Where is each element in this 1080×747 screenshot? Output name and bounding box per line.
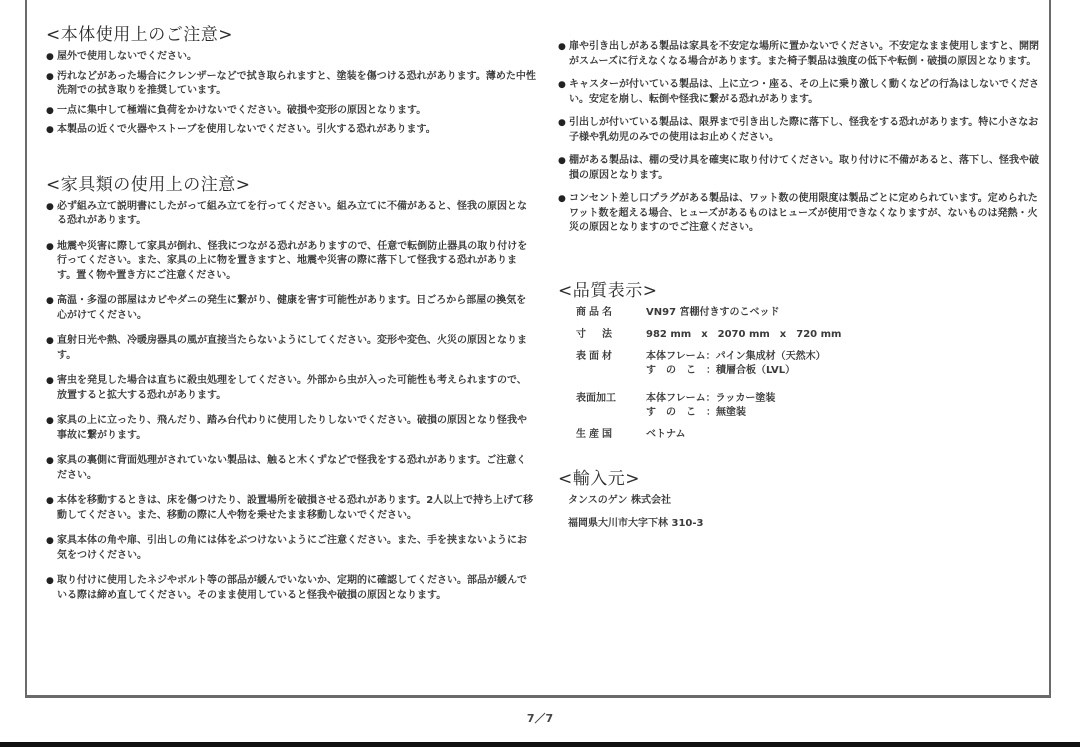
bullet-icon: ●	[46, 454, 57, 469]
spec-row-dimensions: 寸 法 982 mm x 2070 mm x 720 mm	[576, 328, 1040, 342]
bullet-icon: ●	[46, 294, 57, 309]
bullet-icon: ●	[46, 200, 57, 215]
page-number: 7／7	[0, 710, 1080, 726]
right-column: ●扉や引き出しがある製品は家具を不安定な場所に置かないでください。不安定なまま使…	[558, 40, 1040, 540]
furniture-precaution-item: ●必ず組み立て説明書にしたがって組み立てを行ってください。組み立てに不備があると…	[46, 200, 536, 229]
importer-address: 福岡県大川市大字下林 310-3	[568, 517, 1040, 531]
furniture-precaution-item: ●棚がある製品は、棚の受け具を確実に取り付けてください。取り付けに不備があると、…	[558, 154, 1040, 183]
bullet-icon: ●	[46, 50, 57, 65]
spec-row-surface-finish: 表面加工 本体フレーム：ラッカー塗装 す の こ ：無塗装	[576, 392, 1040, 420]
furniture-precaution-item: ●本体を移動するときは、床を傷つけたり、設置場所を破損させる恐れがあります。2人…	[46, 494, 536, 523]
bullet-icon: ●	[46, 414, 57, 429]
importer-title: <輸入元>	[558, 468, 1040, 490]
body-precaution-item: ●屋外で使用しないでください。	[46, 50, 536, 65]
bullet-icon: ●	[46, 494, 57, 509]
spec-row-country: 生産国 ベトナム	[576, 428, 1040, 442]
furniture-precaution-item: ●コンセント差し口プラグがある製品は、ワット数の使用限度は製品ごとに定められてい…	[558, 192, 1040, 236]
spec-row-surface-material: 表面材 本体フレーム：パイン集成材（天然木） す の こ ：積層合板（LVL）	[576, 350, 1040, 378]
bullet-icon: ●	[46, 104, 57, 119]
furniture-precaution-item: ●取り付けに使用したネジやボルト等の部品が緩んでいないか、定期的に確認してくださ…	[46, 574, 536, 603]
bullet-icon: ●	[558, 40, 569, 55]
bullet-icon: ●	[558, 154, 569, 169]
furniture-precaution-item: ●高温・多湿の部屋はカビやダニの発生に繋がり、健康を害す可能性があります。日ごろ…	[46, 294, 536, 323]
bullet-icon: ●	[46, 123, 57, 138]
bullet-icon: ●	[46, 574, 57, 589]
bullet-icon: ●	[558, 78, 569, 93]
body-precautions-title: <本体使用上のご注意>	[46, 24, 536, 46]
furniture-precaution-item: ●家具本体の角や扉、引出しの角には体をぶつけないようにご注意ください。また、手を…	[46, 534, 536, 563]
bullet-icon: ●	[558, 116, 569, 131]
furniture-precaution-item: ●扉や引き出しがある製品は家具を不安定な場所に置かないでください。不安定なまま使…	[558, 40, 1040, 69]
furniture-precaution-item: ●キャスターが付いている製品は、上に立つ・座る、その上に乗り激しく動くなどの行為…	[558, 78, 1040, 107]
bullet-icon: ●	[46, 70, 57, 85]
furniture-precaution-item: ●害虫を発見した場合は直ちに殺虫処理をしてください。外部から虫が入った可能性も考…	[46, 374, 536, 403]
furniture-precaution-item: ●地震や災害に際して家具が倒れ、怪我につながる恐れがありますので、任意で転倒防止…	[46, 240, 536, 284]
importer-info: タンスのゲン 株式会社 福岡県大川市大字下林 310-3	[568, 494, 1040, 531]
furniture-precaution-item: ●引出しが付いている製品は、限界まで引き出した際に落下し、怪我をする恐れがありま…	[558, 116, 1040, 145]
bullet-icon: ●	[46, 334, 57, 349]
bullet-icon: ●	[558, 192, 569, 207]
importer-company: タンスのゲン 株式会社	[568, 494, 1040, 508]
bullet-icon: ●	[46, 374, 57, 389]
left-column: <本体使用上のご注意> ●屋外で使用しないでください。 ●汚れなどがあった場合に…	[46, 24, 536, 603]
spec-row-product-name: 商品名 VN97 宮棚付きすのこベッド	[576, 306, 1040, 320]
bullet-icon: ●	[46, 534, 57, 549]
bottom-divider	[0, 742, 1080, 747]
quality-label-title: <品質表示>	[558, 280, 1040, 302]
body-precaution-item: ●本製品の近くで火器やストーブを使用しないでください。引火する恐れがあります。	[46, 123, 536, 138]
furniture-precaution-item: ●直射日光や熱、冷暖房器具の風が直接当たらないようにしてください。変形や変色、火…	[46, 334, 536, 363]
furniture-precaution-item: ●家具の上に立ったり、飛んだり、踏み台代わりに使用したりしないでください。破損の…	[46, 414, 536, 443]
body-precaution-item: ●汚れなどがあった場合にクレンザーなどで拭き取られますと、塗装を傷つける恐れがあ…	[46, 70, 536, 99]
furniture-precaution-item: ●家具の裏側に背面処理がされていない製品は、触ると木くずなどで怪我をする恐れがあ…	[46, 454, 536, 483]
furniture-precautions-title: <家具類の使用上の注意>	[46, 174, 536, 196]
body-precaution-item: ●一点に集中して極端に負荷をかけないでください。破損や変形の原因となります。	[46, 104, 536, 119]
quality-spec-table: 商品名 VN97 宮棚付きすのこベッド 寸 法 982 mm x 2070 mm…	[576, 306, 1040, 442]
bullet-icon: ●	[46, 240, 57, 255]
